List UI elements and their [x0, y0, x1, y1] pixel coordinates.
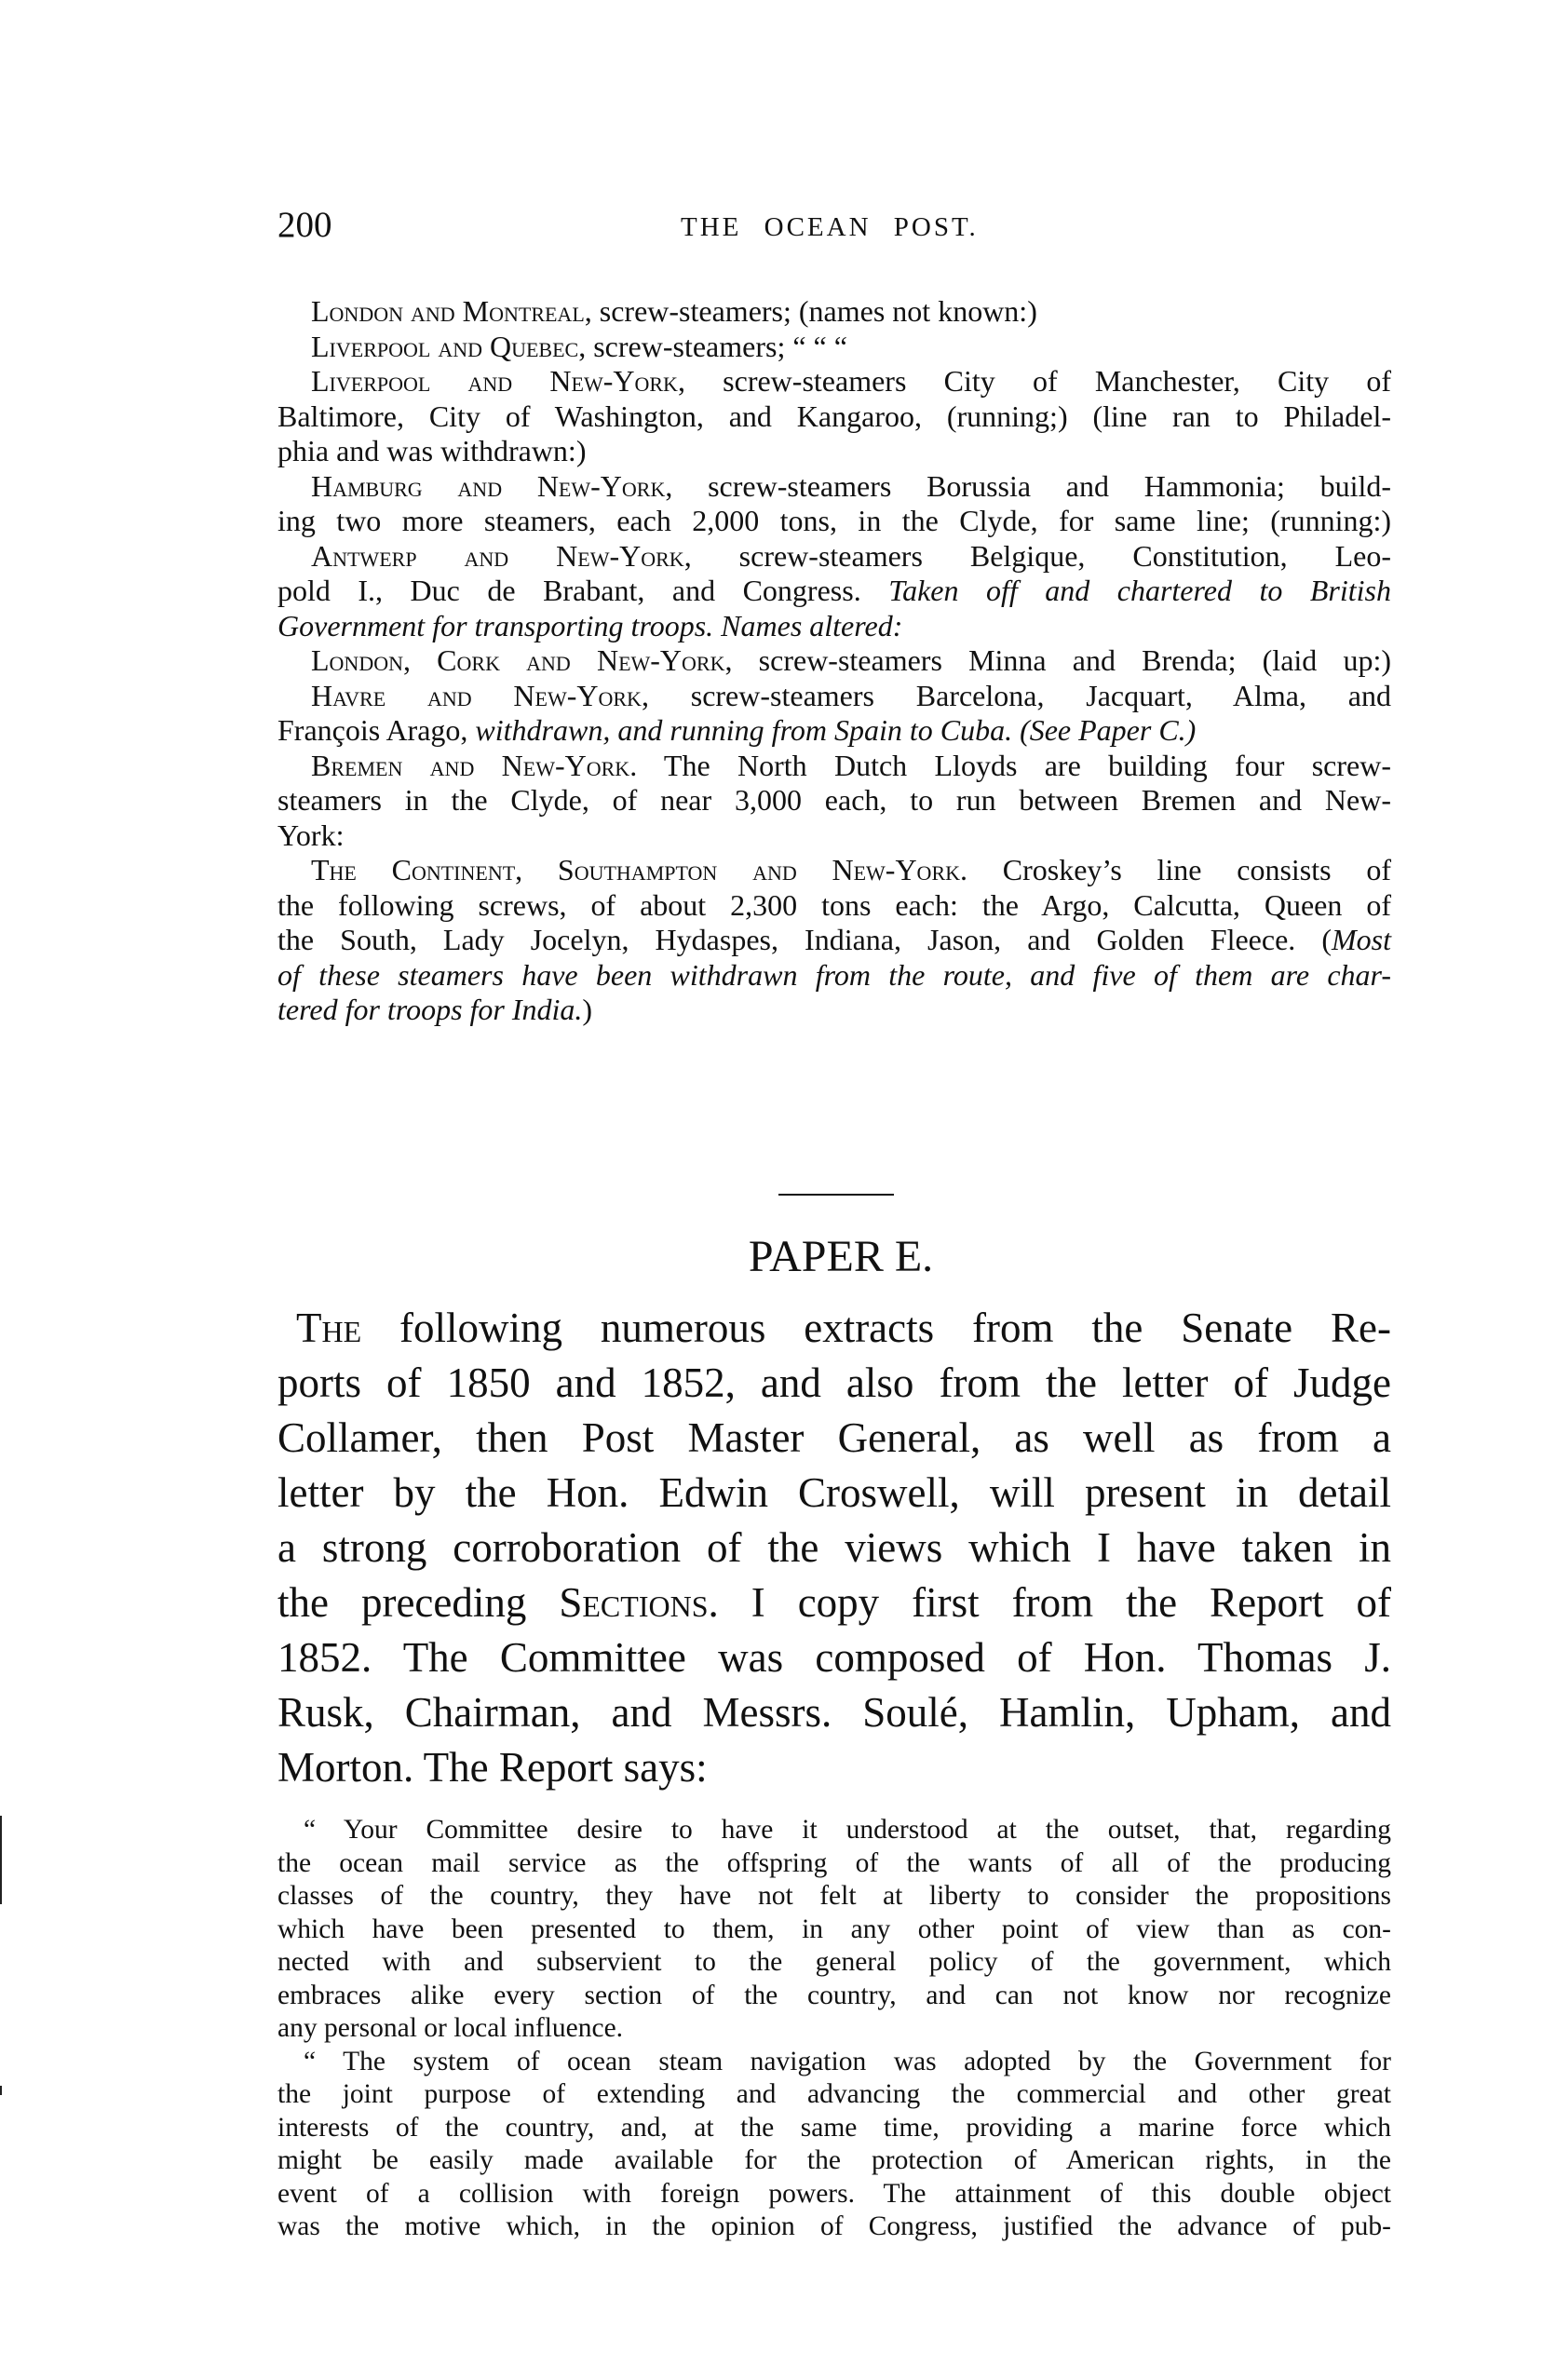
- book-page: 200 THE OCEAN POST. London and Montreal,…: [0, 0, 1542, 2380]
- text-run: a strong corroboration of the views whic…: [277, 1524, 1391, 1571]
- text-run: steamers in the Clyde, of near 3,000 eac…: [277, 783, 1391, 817]
- text-run: any personal or local influence.: [277, 2013, 623, 2043]
- text-line: a strong corroboration of the views whic…: [277, 1521, 1391, 1575]
- scan-artifact-mark: [0, 2086, 2, 2095]
- italic-text: Taken off and chartered to British: [888, 574, 1391, 607]
- text-run: following numerous extracts from the Sen…: [361, 1305, 1391, 1351]
- small-caps-route: Liverpool and Quebec: [311, 330, 578, 363]
- text-run: , screw-steamers Belgique, Constitution,…: [684, 539, 1391, 573]
- text-run: Rusk, Chairman, and Messrs. Soulé, Hamli…: [277, 1689, 1391, 1736]
- small-caps-route: Bremen and New-York: [311, 749, 629, 782]
- text-run: the ocean mail service as the offspring …: [277, 1848, 1391, 1878]
- text-run: Collamer, then Post Master General, as w…: [277, 1414, 1391, 1461]
- page-number: 200: [277, 207, 332, 244]
- text-run: , screw-steamers City of Manchester, Cit…: [678, 364, 1391, 398]
- text-run: ing two more steamers, each 2,000 tons, …: [277, 504, 1391, 537]
- text-line: The following numerous extracts from the…: [296, 1301, 1391, 1356]
- text-run: the preceding: [277, 1579, 559, 1626]
- text-run: was the motive which, in the opinion of …: [277, 2211, 1391, 2241]
- text-line: Bremen and New-York. The North Dutch Llo…: [311, 749, 1391, 783]
- text-line: the South, Lady Jocelyn, Hydaspes, India…: [277, 923, 1391, 957]
- text-line: Baltimore, City of Washington, and Kanga…: [277, 399, 1391, 434]
- small-caps-route: The Continent, Southampton and New-York: [311, 853, 960, 886]
- text-line: London and Montreal, screw-steamers; (na…: [311, 294, 1391, 329]
- text-line: Government for transporting troops. Name…: [277, 609, 1391, 643]
- text-line: François Arago, withdrawn, and running f…: [277, 713, 1391, 748]
- text-line: interests of the country, and, at the sa…: [277, 2112, 1391, 2144]
- text-run: which have been presented to them, in an…: [277, 1914, 1391, 1944]
- italic-text: withdrawn, and running from Spain to Cub…: [475, 713, 1196, 747]
- text-line: ing two more steamers, each 2,000 tons, …: [277, 504, 1391, 538]
- text-line: phia and was withdrawn:): [277, 434, 1391, 468]
- text-run: the South, Lady Jocelyn, Hydaspes, India…: [277, 923, 1332, 956]
- text-run: letter by the Hon. Edwin Croswell, will …: [277, 1469, 1391, 1516]
- text-run: , screw-steamers Minna and Brenda; (laid…: [725, 643, 1392, 677]
- text-run: Baltimore, City of Washington, and Kanga…: [277, 399, 1391, 433]
- text-line: Liverpool and New-York, screw-steamers C…: [311, 364, 1391, 399]
- text-line: which have been presented to them, in an…: [277, 1913, 1391, 1946]
- small-caps-route: Liverpool and New-York: [311, 364, 678, 398]
- running-header: 200 THE OCEAN POST.: [277, 207, 1391, 244]
- text-line: nected with and subservient to the gener…: [277, 1946, 1391, 1979]
- italic-text: of these steamers have been withdrawn fr…: [277, 958, 1391, 992]
- text-run: François Arago,: [277, 713, 475, 747]
- text-run: , screw-steamers; (names not known:): [585, 294, 1037, 328]
- paper-heading: PAPER E.: [0, 1231, 1542, 1283]
- text-run: York:: [277, 818, 344, 852]
- text-run: , screw-steamers Barcelona, Jacquart, Al…: [642, 679, 1391, 712]
- text-line: was the motive which, in the opinion of …: [277, 2211, 1391, 2243]
- text-run: , screw-steamers Borussia and Hammonia; …: [665, 469, 1391, 503]
- text-line: the ocean mail service as the offspring …: [277, 1847, 1391, 1880]
- italic-text: tered for troops for India.: [277, 993, 582, 1026]
- text-run: nected with and subservient to the gener…: [277, 1947, 1391, 1977]
- text-line: classes of the country, they have not fe…: [277, 1880, 1391, 1913]
- text-line: Morton. The Report says:: [277, 1740, 1391, 1795]
- small-caps-route: Antwerp and New-York: [311, 539, 684, 573]
- text-run: the joint purpose of extending and advan…: [277, 2079, 1391, 2109]
- text-run: “ Your Committee desire to have it under…: [304, 1815, 1391, 1845]
- text-run: 1852. The Committee was composed of Hon.…: [277, 1634, 1391, 1681]
- text-run: . I copy first from the Report of: [709, 1579, 1392, 1626]
- small-caps-route: Havre and New-York: [311, 679, 642, 712]
- text-line: the joint purpose of extending and advan…: [277, 2078, 1391, 2111]
- text-line: any personal or local influence.: [277, 2012, 1391, 2045]
- section-divider-rule: [778, 1194, 894, 1196]
- text-run: . Croskey’s line consists of: [960, 853, 1391, 886]
- text-run: phia and was withdrawn:): [277, 434, 586, 467]
- text-line: London, Cork and New-York, screw-steamer…: [311, 643, 1391, 678]
- text-line: The Continent, Southampton and New-York.…: [311, 853, 1391, 887]
- text-line: might be easily made available for the p…: [277, 2144, 1391, 2177]
- text-line: Liverpool and Quebec, screw-steamers; “ …: [311, 330, 1391, 364]
- italic-text: Government for transporting troops. Name…: [277, 609, 902, 642]
- text-run: Morton. The Report says:: [277, 1744, 708, 1791]
- small-caps-route: London, Cork and New-York: [311, 643, 725, 677]
- text-line: embraces alike every section of the coun…: [277, 1980, 1391, 2012]
- scan-artifact-mark: [0, 1816, 2, 1904]
- text-line: Havre and New-York, screw-steamers Barce…: [311, 679, 1391, 713]
- text-run: “ The system of ocean steam navigation w…: [304, 2047, 1391, 2076]
- text-line: Collamer, then Post Master General, as w…: [277, 1411, 1391, 1466]
- text-run: ): [582, 993, 592, 1026]
- text-line: York:: [277, 818, 1391, 853]
- text-run: interests of the country, and, at the sa…: [277, 2113, 1391, 2143]
- small-caps-route: Hamburg and New-York: [311, 469, 665, 503]
- text-run: the following screws, of about 2,300 ton…: [277, 888, 1391, 922]
- text-run: event of a collision with foreign powers…: [277, 2179, 1391, 2209]
- small-caps-route: Sections: [559, 1579, 708, 1626]
- text-line: of these steamers have been withdrawn fr…: [277, 958, 1391, 993]
- running-title: THE OCEAN POST.: [681, 210, 979, 244]
- text-line: ports of 1850 and 1852, and also from th…: [277, 1356, 1391, 1411]
- small-caps-route: The: [296, 1305, 361, 1351]
- text-run: , screw-steamers; “ “ “: [578, 330, 847, 363]
- text-line: steamers in the Clyde, of near 3,000 eac…: [277, 783, 1391, 818]
- small-caps-route: London and Montreal: [311, 294, 585, 328]
- text-run: . The North Dutch Lloyds are building fo…: [629, 749, 1391, 782]
- text-line: Antwerp and New-York, screw-steamers Bel…: [311, 539, 1391, 574]
- text-line: pold I., Duc de Brabant, and Congress. T…: [277, 574, 1391, 608]
- text-run: classes of the country, they have not fe…: [277, 1881, 1391, 1911]
- text-line: 1852. The Committee was composed of Hon.…: [277, 1630, 1391, 1685]
- text-line: Hamburg and New-York, screw-steamers Bor…: [311, 469, 1391, 504]
- text-line: “ Your Committee desire to have it under…: [304, 1814, 1391, 1846]
- text-run: pold I., Duc de Brabant, and Congress.: [277, 574, 888, 607]
- text-line: letter by the Hon. Edwin Croswell, will …: [277, 1466, 1391, 1521]
- text-run: might be easily made available for the p…: [277, 2145, 1391, 2175]
- text-line: “ The system of ocean steam navigation w…: [304, 2046, 1391, 2078]
- text-line: the following screws, of about 2,300 ton…: [277, 888, 1391, 923]
- text-line: tered for troops for India.): [277, 993, 1391, 1027]
- italic-text: Most: [1332, 923, 1391, 956]
- text-line: the preceding Sections. I copy first fro…: [277, 1575, 1391, 1630]
- text-line: Rusk, Chairman, and Messrs. Soulé, Hamli…: [277, 1685, 1391, 1740]
- text-line: event of a collision with foreign powers…: [277, 2178, 1391, 2211]
- text-run: embraces alike every section of the coun…: [277, 1981, 1391, 2010]
- text-run: ports of 1850 and 1852, and also from th…: [277, 1359, 1391, 1406]
